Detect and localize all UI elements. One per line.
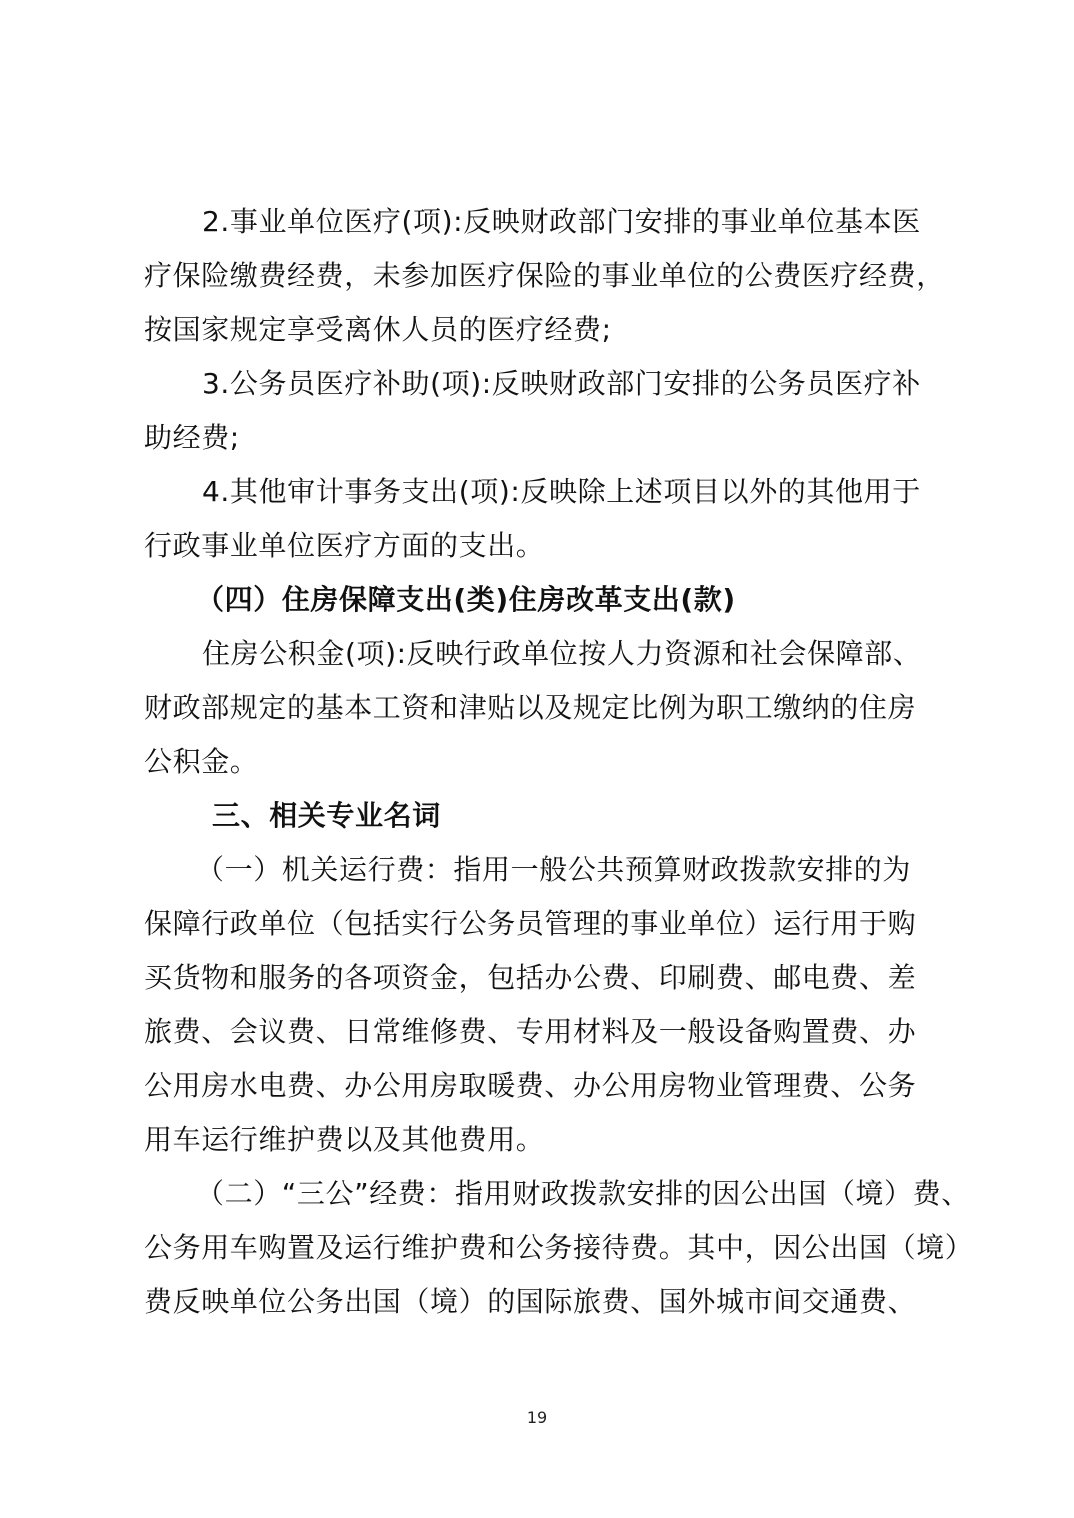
text-line: 保障行政单位（包括实行公务员管理的事业单位）运行用于购 [144, 904, 944, 944]
heading-housing-expenditure: （四）住房保障支出(类)住房改革支出(款) [196, 580, 996, 620]
text-line: 4.其他审计事务支出(项):反映除上述项目以外的其他用于 [202, 472, 1002, 512]
text-line: 用车运行维护费以及其他费用。 [144, 1120, 944, 1160]
text-line: 旅费、会议费、日常维修费、专用材料及一般设备购置费、办 [144, 1012, 944, 1052]
heading-related-terms: 三、相关专业名词 [212, 796, 1012, 836]
text-line: 疗保险缴费经费，未参加医疗保险的事业单位的公费医疗经费， [144, 256, 944, 296]
text-line: 公务用车购置及运行维护费和公务接待费。其中，因公出国（境） [144, 1228, 944, 1268]
text-line: 3.公务员医疗补助(项):反映财政部门安排的公务员医疗补 [202, 364, 1002, 404]
text-line: 费反映单位公务出国（境）的国际旅费、国外城市间交通费、 [144, 1282, 944, 1322]
text-line: 住房公积金(项):反映行政单位按人力资源和社会保障部、 [202, 634, 1002, 674]
text-line: （一）机关运行费：指用一般公共预算财政拨款安排的为 [196, 850, 996, 890]
text-line: 按国家规定享受离休人员的医疗经费; [144, 310, 944, 350]
text-line: 财政部规定的基本工资和津贴以及规定比例为职工缴纳的住房 [144, 688, 944, 728]
text-line: （二）“三公”经费：指用财政拨款安排的因公出国（境）费、 [196, 1174, 996, 1214]
document-page: 2.事业单位医疗(项):反映财政部门安排的事业单位基本医 疗保险缴费经费，未参加… [0, 0, 1074, 1518]
text-line: 公积金。 [144, 742, 944, 782]
text-line: 买货物和服务的各项资金，包括办公费、印刷费、邮电费、差 [144, 958, 944, 998]
text-line: 助经费; [144, 418, 944, 458]
text-line: 2.事业单位医疗(项):反映财政部门安排的事业单位基本医 [202, 202, 1002, 242]
page-number: 19 [0, 1408, 1074, 1428]
text-line: 行政事业单位医疗方面的支出。 [144, 526, 944, 566]
text-line: 公用房水电费、办公用房取暖费、办公用房物业管理费、公务 [144, 1066, 944, 1106]
